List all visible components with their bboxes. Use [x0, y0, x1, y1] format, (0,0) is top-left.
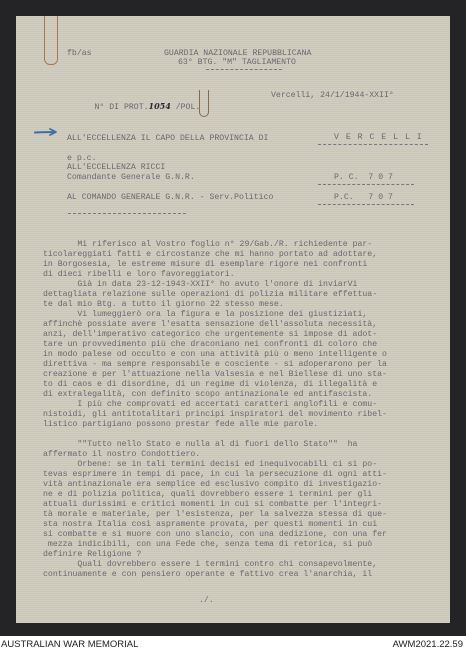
letterhead-underline — [206, 69, 282, 70]
arrow-icon — [34, 128, 58, 136]
body-line: ticolareggiati fatti e circostanze che m… — [43, 250, 435, 260]
caption-bar: AUSTRALIAN WAR MEMORIAL AWM2021.22.59 — [0, 638, 466, 653]
body-line: di extralegalità, con definito scopo ant… — [43, 390, 435, 400]
body-line: creazione e per l'attuazione nella Valse… — [43, 370, 435, 380]
protocol-number: 1054 — [149, 101, 171, 111]
body-line: te dal mio Btg. a tutto il giorno 22 ste… — [43, 300, 435, 310]
body-line: continuamente e con pensiero operante e … — [43, 570, 435, 580]
body-line: si combatte e si muore con uno slancio, … — [43, 530, 435, 540]
body-line: I più che comprovati ed accertati caratt… — [43, 400, 435, 410]
body-line: tevas esprimere in tempi di pace, in cui… — [43, 470, 435, 480]
body-line: sta nostra Italia così aspramente provat… — [43, 520, 435, 530]
body-line: direttiva - ma sempre responsabile e cos… — [43, 360, 435, 370]
body-line: Orbene: se in tali termini decisi ed ine… — [43, 460, 435, 470]
protocol-prefix: N° DI PROT. — [94, 103, 148, 112]
document-page: fb/as GUARDIA NAZIONALE REPUBBLICANA 63°… — [16, 16, 450, 623]
body-line: attuali durissimi e critici momenti in c… — [43, 500, 435, 510]
body-line: tare un provvedimento più che draconiano… — [43, 340, 435, 350]
body-line: vità antinazionale era semplice ed esclu… — [43, 480, 435, 490]
body-line: to di caos e di disordine, di un regime … — [43, 380, 435, 390]
addressee-ricci-postcode: P. C. 7 0 7 — [334, 173, 393, 183]
accession-number: AWM2021.22.59 — [393, 639, 463, 650]
city-underline — [318, 144, 428, 145]
body-line: listico partigiano possono prestar fede … — [43, 420, 435, 430]
body-line: nistoidi, gli antitotalitari principi in… — [43, 410, 435, 420]
scan-frame: fb/as GUARDIA NAZIONALE REPUBBLICANA 63°… — [0, 0, 466, 636]
addressee-prefect-city: V E R C E L L I — [334, 133, 423, 143]
addressee-command: AL COMANDO GENERALE G.N.R. - Serv.Politi… — [67, 193, 273, 203]
body-line: affinchè possiate avere l'esatta sensazi… — [43, 320, 435, 330]
addressee-command-postcode: P.C. 7 0 7 — [334, 193, 393, 203]
body-line: tà morale e materiale, per l'esistenza, … — [43, 510, 435, 520]
letter-body: Mi riferisco al Vostro foglio n° 29/Gab.… — [43, 240, 435, 580]
body-line: Mi riferisco al Vostro foglio n° 29/Gab.… — [43, 240, 435, 250]
place-and-date: Vercelli, 24/1/1944-XXII° — [271, 91, 394, 101]
protocol-line: N° DI PROT.1054 /POL. — [65, 91, 200, 123]
staple-mark — [44, 16, 58, 65]
postcode-underline — [318, 184, 414, 185]
typist-initials: fb/as — [67, 49, 92, 59]
letterhead-battalion: 63° BTG. "M" TAGLIAMENTO — [178, 58, 296, 68]
body-line: in modo palese od occulto e con una atti… — [43, 350, 435, 360]
body-line — [43, 430, 435, 440]
body-line: anzi, dell'imperativo categorico che urg… — [43, 330, 435, 340]
protocol-suffix: /POL. — [176, 103, 201, 112]
staple-mark — [199, 90, 209, 117]
addressee-ricci: ALL'ECCELLENZA RICCI — [67, 163, 165, 173]
institution-name: AUSTRALIAN WAR MEMORIAL — [1, 639, 138, 650]
addressee-ricci-title: Comandante Generale G.N.R. — [67, 173, 195, 183]
addressee-block-underline — [68, 213, 186, 214]
body-line: Vi lumeggierò ora la figura e la posizio… — [43, 310, 435, 320]
body-line: in Borgosesia, le estreme misure di esem… — [43, 260, 435, 270]
body-line: ""Tutto nello Stato e nulla al di fuori … — [43, 440, 435, 450]
body-line: ne e di polizia politica, quali dovrebbe… — [43, 490, 435, 500]
continuation-mark: ./. — [199, 596, 214, 606]
body-line: affermato il nostro Condottiero. — [43, 450, 435, 460]
body-line: Già in data 23-12-1943-XXII° ho avuto l'… — [43, 280, 435, 290]
body-line: di dieci ribelli e loro favoreggiatori. — [43, 270, 435, 280]
body-line: Quali dovrebbero essere i termini contro… — [43, 560, 435, 570]
body-line: definire Religione ? — [43, 550, 435, 560]
addressee-prefect: ALL'ECCELLENZA IL CAPO DELLA PROVINCIA D… — [67, 134, 268, 144]
postcode-underline — [318, 204, 414, 205]
body-line: mezza indicibili, con una Fede che, senz… — [43, 540, 435, 550]
body-line: dettagliata relazione sulle operazioni d… — [43, 290, 435, 300]
